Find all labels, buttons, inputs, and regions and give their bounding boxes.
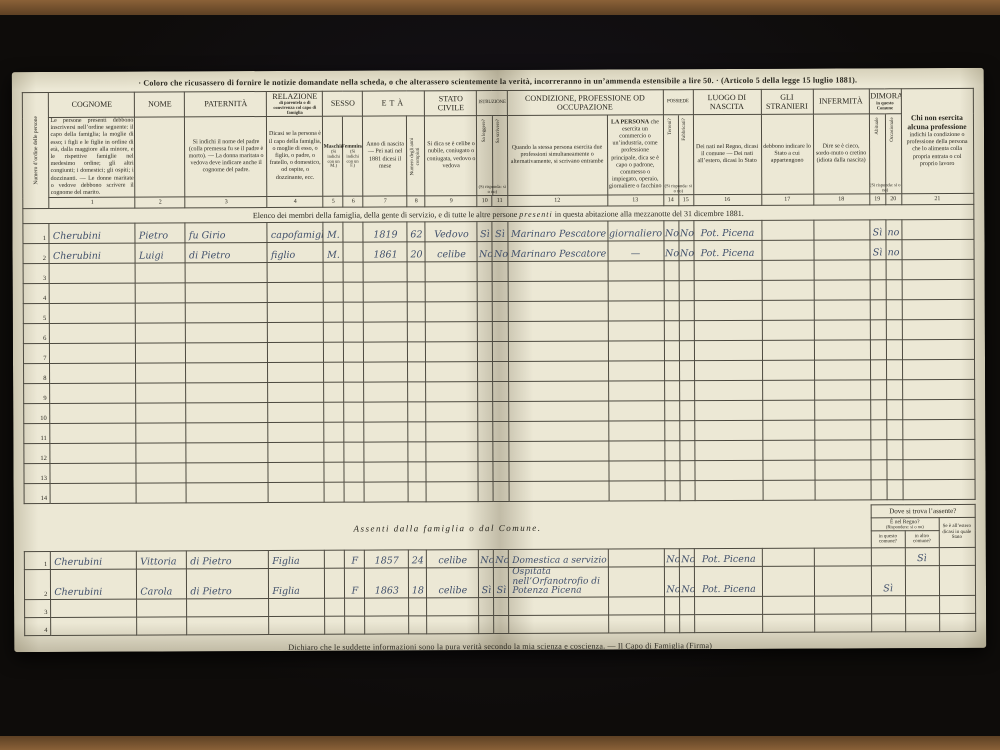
cell-in-questo-comune <box>871 548 905 566</box>
cell-anno-nascita <box>365 598 409 616</box>
cell-fabbricati: No <box>678 221 693 241</box>
cell-nome <box>137 483 187 503</box>
col-number: 16 <box>693 194 761 205</box>
cell-maschio: M. <box>323 242 343 262</box>
relazione-subtitle: di parentela o di convivenza col capo di… <box>268 101 321 116</box>
cell-anni-compiuti: 24 <box>409 550 427 568</box>
cell-professione <box>508 381 608 401</box>
cell-cognome <box>50 363 136 383</box>
cell-maschio <box>324 382 344 402</box>
cell-professione <box>508 341 608 361</box>
cell-dimora-abituale <box>870 380 886 400</box>
cell-luogo-nascita <box>695 480 763 500</box>
col-desc-possiede: Terreni? Fabbricati? (Si risponda: sì o … <box>663 115 693 195</box>
cell-posizione <box>608 261 664 281</box>
cell-relazione <box>268 422 324 442</box>
cell-stato-civile <box>426 302 478 322</box>
col-desc-la-persona: LA PERSONA che esercita un commercio o u… <box>607 115 663 195</box>
where-absent-header: Dove si trova l’assente? <box>871 504 975 517</box>
cell-sa-leggere <box>478 442 493 462</box>
cell-cognome <box>51 617 137 635</box>
present-title-emphasis: presenti <box>519 209 553 218</box>
cell-stato-estero <box>939 547 975 565</box>
cell-sa-leggere: No <box>479 550 494 568</box>
where-altro-comune-header: in altro comune? <box>905 531 939 548</box>
cell-femmina <box>344 322 364 342</box>
cell-paternita <box>186 263 268 283</box>
cell-fabbricati <box>679 261 694 281</box>
col-number: 18 <box>813 194 869 205</box>
cell-luogo-nascita <box>694 420 762 440</box>
photograph-scene: · Coloro che ricusassero di fornire le n… <box>0 0 1000 750</box>
cell-sa-leggere: Sì <box>479 568 494 598</box>
cell-straniero <box>762 420 814 440</box>
col-header-infermita: INFERMITÀ <box>813 89 869 114</box>
cell-straniero <box>762 440 814 460</box>
cell-luogo-nascita <box>694 460 762 480</box>
cell-anno-nascita <box>364 302 408 322</box>
occasionale-label: Occasionale <box>890 117 896 141</box>
cell-femmina <box>344 442 364 462</box>
table-row: 4 <box>25 614 975 636</box>
cell-dimora-occasionale <box>886 320 902 340</box>
col-number: 3 <box>185 197 267 208</box>
cell-sa-leggere <box>478 402 493 422</box>
col-header-nome: NOME <box>135 92 185 117</box>
row-number: 1 <box>23 224 49 244</box>
cell-fabbricati <box>679 301 694 321</box>
cell-posizione <box>609 549 665 567</box>
cell-anno-nascita <box>365 616 409 634</box>
cell-dimora-abituale: Sì <box>869 220 885 240</box>
cell-terreni <box>664 301 679 321</box>
cell-infermita <box>814 320 870 340</box>
cell-nome <box>136 423 186 443</box>
cell-dimora-occasionale <box>886 340 902 360</box>
cell-paternita <box>187 483 269 503</box>
cell-professione <box>508 461 608 481</box>
cell-terreni <box>664 281 679 301</box>
cell-terreni: No <box>665 549 680 567</box>
cell-professione: Domestica a servizio <box>509 549 609 567</box>
where-regno-header: È nel Regno?(Rispondere: sì o no) <box>871 518 939 531</box>
cell-dimora-occasionale <box>887 480 903 500</box>
cell-cognome <box>50 343 136 363</box>
cell-maschio <box>324 402 344 422</box>
cell-terreni <box>665 481 680 501</box>
cell-cognome <box>50 323 136 343</box>
col-desc-due-professioni: Quando la stessa persona esercita due pr… <box>507 115 607 195</box>
cell-straniero <box>762 400 814 420</box>
cell-cognome: Cherubini <box>51 569 137 600</box>
cell-cognome <box>50 423 136 443</box>
cell-dimora-occasionale: no <box>885 220 901 240</box>
cell-sa-scrivere: No <box>494 550 509 568</box>
cell-sa-scrivere: Sì <box>494 568 509 598</box>
cell-paternita <box>187 599 269 617</box>
col-header-chi-non-esercita: Chi non esercita alcuna professioneindic… <box>901 88 973 193</box>
cell-nome <box>136 323 186 343</box>
cell-relazione <box>268 402 324 422</box>
cell-professione <box>508 281 608 301</box>
cell-femmina <box>344 402 364 422</box>
cell-anni-compiuti <box>408 342 426 362</box>
cell-sa-leggere <box>478 322 493 342</box>
cell-straniero <box>763 480 815 500</box>
cell-posizione <box>608 281 664 301</box>
cell-relazione: Figlia <box>269 568 325 599</box>
cell-paternita <box>187 617 269 635</box>
cell-infermita <box>814 380 870 400</box>
sesso-subcolumns: Maschio(Si indichi con un M.) Femmina(Si… <box>324 117 361 196</box>
col-header-luogo-nascita: LUOGO DI NASCITA <box>693 89 761 114</box>
cell-posizione <box>608 301 664 321</box>
cell-straniero <box>763 614 815 632</box>
cell-terreni: No <box>663 221 678 241</box>
cell-anni-compiuti <box>408 402 426 422</box>
cell-stato-civile <box>427 598 479 616</box>
cell-sa-leggere <box>478 362 493 382</box>
cell-fabbricati <box>679 281 694 301</box>
col-number: 4 <box>267 196 323 207</box>
col-number: 13 <box>607 195 663 206</box>
cell-professione: Marinaro Pescatore <box>507 221 607 241</box>
cell-stato-civile <box>426 262 478 282</box>
cell-dimora-abituale <box>870 420 886 440</box>
cell-anni-compiuti <box>408 262 426 282</box>
cell-anno-nascita <box>364 442 408 462</box>
cell-dimora-abituale <box>870 320 886 340</box>
cell-chi-alimenta <box>901 219 973 239</box>
absent-rows: 1 Cherubini Vittoria di Pietro Figlia F … <box>25 547 976 635</box>
cell-anni-compiuti: 18 <box>409 568 427 598</box>
cell-straniero <box>762 300 814 320</box>
cell-cognome <box>50 303 136 323</box>
cell-sa-leggere <box>478 382 493 402</box>
cell-fabbricati <box>680 615 695 633</box>
cell-maschio <box>324 282 344 302</box>
cell-straniero <box>762 460 814 480</box>
cell-professione <box>508 321 608 341</box>
absent-section-title: Assenti dalla famiglia o dal Comune. <box>25 505 871 552</box>
cell-professione <box>509 481 609 501</box>
cell-paternita <box>186 423 268 443</box>
cell-posizione <box>608 361 664 381</box>
col-header-paternita: PATERNITÀ <box>185 92 267 117</box>
cell-sa-scrivere <box>493 382 508 402</box>
cell-straniero <box>762 360 814 380</box>
col-number: 20 <box>885 194 901 205</box>
col-header-condizione: CONDIZIONE, PROFESSIONE OD OCCUPAZIONE <box>507 90 663 116</box>
cell-anno-nascita <box>364 282 408 302</box>
cell-cognome <box>50 403 136 423</box>
cell-fabbricati <box>679 341 694 361</box>
cell-nome <box>136 283 186 303</box>
anni-compiuti-vertical-label: Numero degli anni compiuti <box>410 129 422 183</box>
cell-chi-alimenta <box>902 319 974 339</box>
cell-stato-civile <box>426 422 478 442</box>
cell-stato-civile: celibe <box>425 242 477 262</box>
cell-anni-compiuti <box>408 362 426 382</box>
cell-sa-leggere <box>478 422 493 442</box>
cell-sa-scrivere: No <box>492 242 507 262</box>
cell-luogo-nascita: Pot. Picena <box>693 240 761 260</box>
cell-in-altro-comune: Sì <box>905 548 939 566</box>
fabbricati-label: Fabbricati? <box>682 118 688 141</box>
cell-nome: Luigi <box>135 243 185 263</box>
cell-cognome: Cherubini <box>49 223 135 243</box>
cell-relazione: Figlia <box>269 550 325 568</box>
col-number: 11 <box>492 196 507 207</box>
col-number: 10 <box>477 196 492 207</box>
cell-terreni <box>664 401 679 421</box>
cell-relazione <box>268 262 324 282</box>
cell-nome <box>136 463 186 483</box>
cell-stato-civile <box>426 402 478 422</box>
cell-fabbricati <box>679 441 694 461</box>
terreni-label: Terreni? <box>668 118 674 135</box>
cell-stato-civile <box>426 382 478 402</box>
cell-relazione <box>269 482 325 502</box>
cell-paternita <box>186 363 268 383</box>
col-header-stranieri: GLI STRANIERI <box>761 89 813 114</box>
where-estero-header: Se è all’estero dicasi in quale Stato <box>939 517 975 547</box>
cell-femmina <box>344 262 364 282</box>
cell-posizione <box>608 461 664 481</box>
cell-sa-scrivere <box>493 422 508 442</box>
cell-in-questo-comune: Sì <box>871 566 905 596</box>
row-number: 6 <box>24 324 50 344</box>
cell-relazione <box>268 322 324 342</box>
cell-paternita <box>186 283 268 303</box>
cell-anno-nascita <box>364 422 408 442</box>
cell-stato-estero <box>939 596 975 614</box>
la-persona-title: LA PERSONA <box>611 119 649 125</box>
cell-fabbricati <box>680 597 695 615</box>
cell-anni-compiuti <box>408 422 426 442</box>
cell-stato-civile: Vedovo <box>425 222 477 242</box>
cell-infermita <box>814 420 870 440</box>
row-number: 14 <box>25 484 51 504</box>
absent-table: Assenti dalla famiglia o dal Comune. Dov… <box>24 504 976 636</box>
cell-professione <box>509 615 609 633</box>
cell-dimora-abituale <box>870 300 886 320</box>
cell-nome <box>136 383 186 403</box>
cell-relazione <box>268 462 324 482</box>
cell-sa-leggere <box>478 262 493 282</box>
cell-paternita <box>186 403 268 423</box>
cell-anno-nascita: 1857 <box>365 550 409 568</box>
col-desc-anno-nascita: Anno di nascita — Pei nati nel 1881 dice… <box>363 116 407 196</box>
cell-fabbricati: No <box>680 567 695 597</box>
cell-paternita <box>186 323 268 343</box>
cell-anni-compiuti <box>408 322 426 342</box>
cell-maschio <box>325 482 345 502</box>
cell-anno-nascita <box>364 342 408 362</box>
cell-posizione <box>609 615 665 633</box>
cell-posizione <box>608 341 664 361</box>
cell-chi-alimenta <box>902 339 974 359</box>
cell-sa-scrivere <box>494 482 509 502</box>
cell-paternita <box>186 343 268 363</box>
penalty-notice: · Coloro che ricusassero di fornire le n… <box>22 75 974 88</box>
col-desc-dimora: Abituale Occasionale (Si risponda: sì o … <box>869 114 901 194</box>
cell-infermita <box>815 548 871 566</box>
cell-straniero <box>762 380 814 400</box>
chi-non-esercita-desc: indichi la condizione o professione dell… <box>903 131 972 169</box>
cell-cognome: Cherubini <box>49 243 135 263</box>
cell-dimora-occasionale <box>886 380 902 400</box>
row-number: 2 <box>25 570 51 600</box>
present-title-pre: Elenco dei membri della famiglia, della … <box>253 209 519 219</box>
cell-fabbricati <box>679 321 694 341</box>
cell-straniero <box>761 220 813 240</box>
cell-relazione <box>268 362 324 382</box>
col-desc-istruzione: Sa leggere? Sa scrivere? (Si risponda: s… <box>477 115 507 195</box>
cell-infermita <box>814 440 870 460</box>
cell-stato-civile <box>426 282 478 302</box>
cell-maschio <box>325 599 345 617</box>
cell-terreni <box>664 381 679 401</box>
cell-femmina: F <box>345 550 365 568</box>
cell-femmina <box>344 382 364 402</box>
cell-paternita <box>186 303 268 323</box>
cell-anni-compiuti <box>408 302 426 322</box>
cell-femmina <box>343 242 363 262</box>
cell-luogo-nascita <box>694 400 762 420</box>
row-number: 12 <box>24 444 50 464</box>
col-number: 6 <box>343 196 363 207</box>
col-desc-infermita: Dire se è cieco, sordo-muto o cretino (i… <box>813 114 869 194</box>
row-number: 4 <box>24 284 50 304</box>
cell-posizione <box>609 597 665 615</box>
cell-chi-alimenta <box>902 379 974 399</box>
cell-sa-scrivere <box>493 262 508 282</box>
col-number: 12 <box>507 195 607 206</box>
col-number: 21 <box>901 193 973 204</box>
col-number: 9 <box>425 196 477 207</box>
cell-fabbricati <box>679 361 694 381</box>
cell-dimora-occasionale <box>886 260 902 280</box>
col-number: 2 <box>135 197 185 208</box>
cell-relazione <box>269 599 325 617</box>
cell-dimora-occasionale <box>886 400 902 420</box>
cell-straniero <box>762 340 814 360</box>
possiede-note: (Si risponda: sì o no) <box>664 183 693 193</box>
col-header-sesso: SESSO <box>323 91 363 116</box>
cell-posizione <box>609 567 665 598</box>
cell-luogo-nascita <box>694 260 762 280</box>
cell-luogo-nascita <box>694 360 762 380</box>
cell-femmina <box>344 342 364 362</box>
cell-straniero <box>763 548 815 566</box>
cell-cognome <box>50 463 136 483</box>
cell-chi-alimenta <box>902 399 974 419</box>
cell-infermita <box>815 566 871 597</box>
col-header-stato-civile: STATO CIVILE <box>425 91 477 116</box>
row-number: 1 <box>25 552 51 570</box>
cell-luogo-nascita <box>694 340 762 360</box>
cell-posizione <box>609 481 665 501</box>
cell-sa-scrivere <box>493 462 508 482</box>
row-number: 9 <box>24 384 50 404</box>
cell-infermita <box>815 480 871 500</box>
col-number: 8 <box>407 196 425 207</box>
cell-fabbricati <box>680 481 695 501</box>
row-number: 3 <box>24 264 50 284</box>
cell-cognome <box>50 383 136 403</box>
cell-infermita <box>814 400 870 420</box>
row-number: 7 <box>24 344 50 364</box>
cell-professione <box>508 301 608 321</box>
cell-femmina <box>345 598 365 616</box>
cell-in-altro-comune <box>905 614 939 632</box>
col-number: 1 <box>49 197 135 208</box>
cell-posizione <box>608 441 664 461</box>
maschio-note: (Si indichi con un M.) <box>326 149 342 169</box>
col-desc-paternita: Si indichi il nome del padre (colla prem… <box>185 117 267 197</box>
cell-fabbricati: No <box>678 241 693 261</box>
cell-nome <box>136 263 186 283</box>
cell-maschio <box>324 322 344 342</box>
cell-stato-civile <box>426 342 478 362</box>
cell-anno-nascita: 1819 <box>363 222 407 242</box>
cell-nome <box>136 303 186 323</box>
cell-sa-leggere <box>479 482 494 502</box>
cell-cognome <box>50 263 136 283</box>
cell-in-altro-comune <box>905 566 939 596</box>
cell-paternita <box>186 443 268 463</box>
cell-posizione: giornaliero <box>607 221 663 241</box>
cell-maschio <box>325 568 345 598</box>
cell-maschio <box>324 442 344 462</box>
cell-professione <box>508 361 608 381</box>
femmina-note: (Si indichi con un F.) <box>345 149 361 169</box>
cell-anni-compiuti <box>408 382 426 402</box>
cell-femmina: F <box>345 568 365 598</box>
cell-professione <box>508 421 608 441</box>
cell-luogo-nascita: Pot. Picena <box>693 220 761 240</box>
cell-posizione <box>608 421 664 441</box>
col-desc-cognome: Le persone presenti debbono inscriversi … <box>49 117 135 197</box>
cell-luogo-nascita <box>695 615 763 633</box>
cell-dimora-occasionale <box>886 420 902 440</box>
maschio-subcolumn: Maschio(Si indichi con un M.) <box>324 117 342 196</box>
cell-maschio: M. <box>323 222 343 242</box>
cell-sa-leggere: Sì <box>477 222 492 242</box>
cell-nome: Vittoria <box>137 551 187 569</box>
cell-relazione: figlio <box>267 242 323 262</box>
cell-professione: Ospitata nell’Orfanotrofio di Potenza Pi… <box>509 567 609 598</box>
cell-posizione <box>608 321 664 341</box>
cell-relazione <box>268 302 324 322</box>
cell-nome <box>136 343 186 363</box>
cell-infermita <box>814 300 870 320</box>
cell-professione <box>509 597 609 615</box>
cell-dimora-abituale <box>870 340 886 360</box>
cell-relazione <box>269 617 325 635</box>
cell-infermita <box>814 460 870 480</box>
cell-chi-alimenta <box>903 479 975 499</box>
cell-anni-compiuti <box>409 616 427 634</box>
cell-paternita <box>186 383 268 403</box>
cell-sa-scrivere <box>493 362 508 382</box>
cell-straniero <box>761 240 813 260</box>
cell-maschio <box>324 422 344 442</box>
cell-dimora-occasionale <box>886 360 902 380</box>
cell-stato-civile: celibe <box>427 550 479 568</box>
col-header-eta: ETÀ <box>363 91 425 116</box>
